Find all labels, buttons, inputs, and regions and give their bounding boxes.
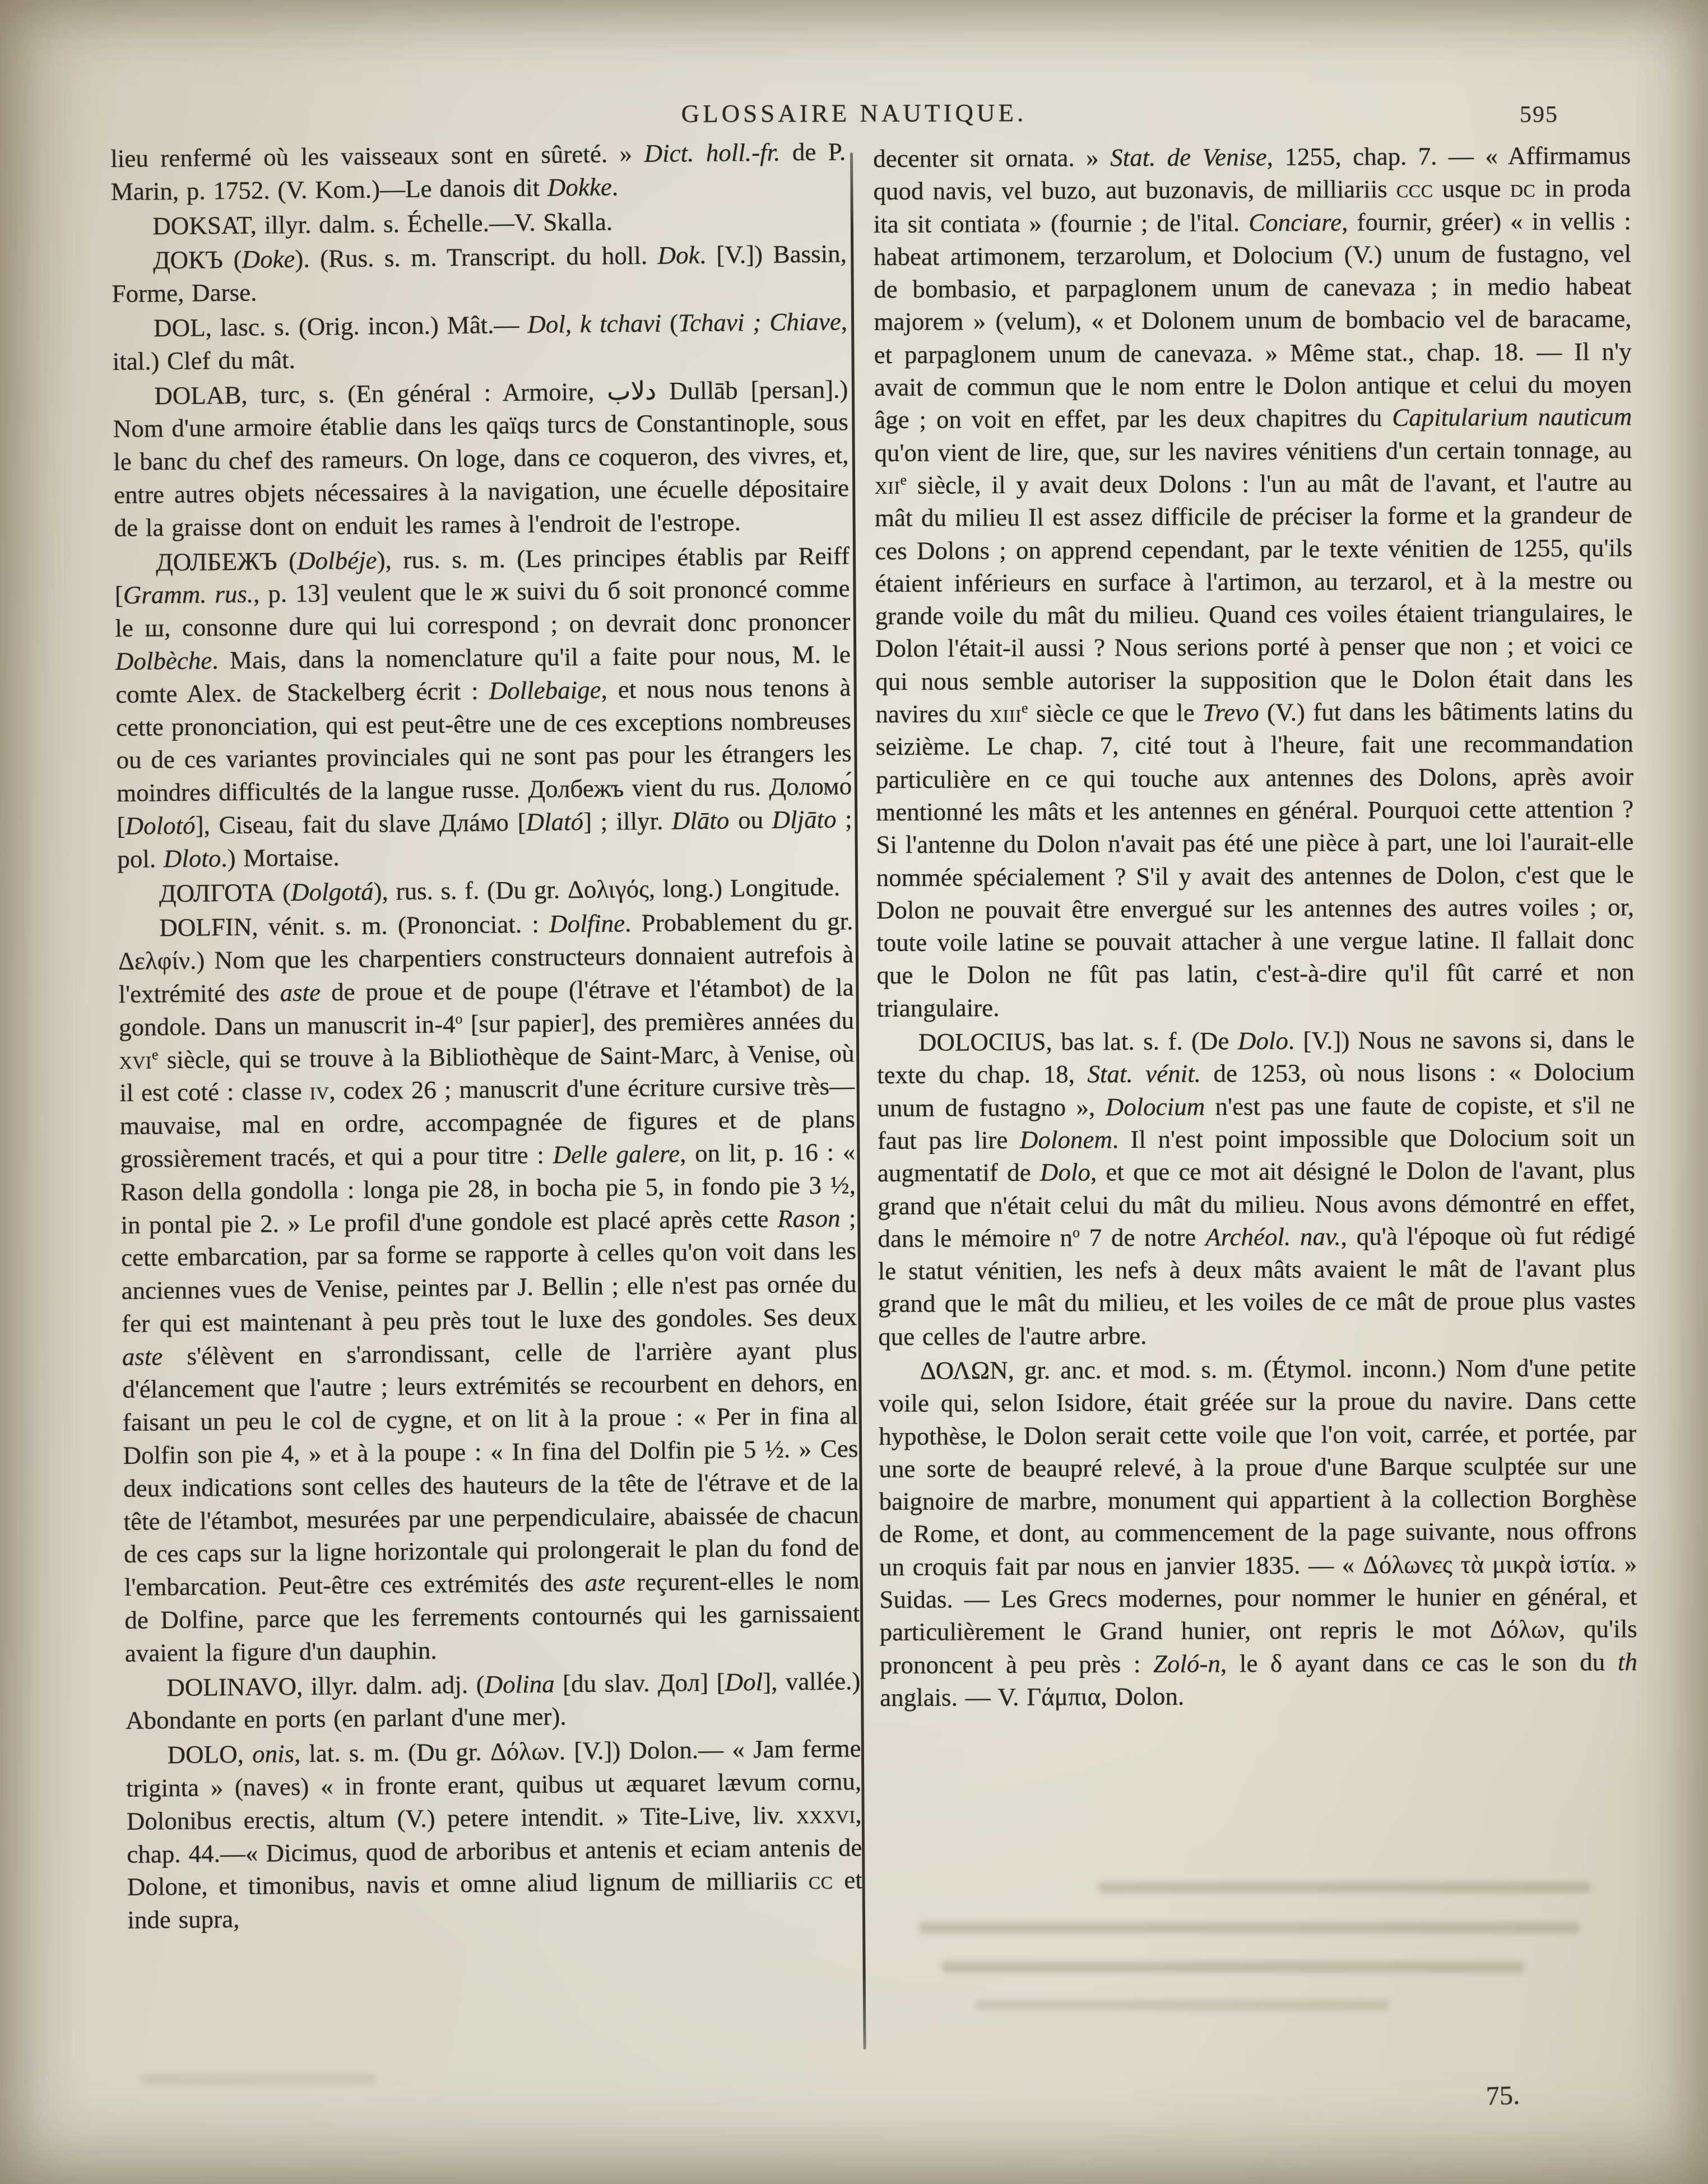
dictionary-paragraph: DOL, lasc. s. (Orig. incon.) Mât.— Dol, … [112, 305, 848, 378]
show-through-smudge [140, 2074, 375, 2085]
dictionary-paragraph: ДОЛГОТА (Dolgotá), rus. s. f. (Du gr. Δο… [118, 870, 853, 910]
show-through-smudge [919, 1922, 1580, 1933]
dictionary-paragraph: DOKSAT, illyr. dalm. s. Échelle.—V. Skal… [111, 203, 847, 243]
dictionary-paragraph: DOLINAVO, illyr. dalm. adj. (Dolina [du … [125, 1664, 861, 1737]
show-through-smudge [1098, 1882, 1591, 1893]
right-column: decenter sit ornata. » Stat. de Venise, … [873, 139, 1637, 1714]
dictionary-paragraph: decenter sit ornata. » Stat. de Venise, … [873, 139, 1635, 1024]
dictionary-paragraph: DOLFIN, vénit. s. m. (Prononciat. : Dolf… [118, 905, 860, 1670]
running-head-title: GLOSSAIRE NAUTIQUE. [0, 96, 1708, 130]
dictionary-paragraph: ДОКЪ (Doke). (Rus. s. m. Transcript. du … [112, 238, 847, 310]
dictionary-paragraph: DOLAB, turc, s. (En général : Armoire, د… [113, 373, 850, 545]
scanned-dictionary-page: GLOSSAIRE NAUTIQUE. 595 lieu renfermé où… [0, 0, 1708, 2184]
dictionary-paragraph: DOLOCIUS, bas lat. s. f. (De Dolo. [V.])… [877, 1023, 1636, 1353]
dictionary-paragraph: DOLO, onis, lat. s. m. (Du gr. Δόλων. [V… [126, 1732, 862, 1937]
dictionary-paragraph: ДОЛБЕЖЪ (Dolbéje), rus. s. m. (Les princ… [114, 539, 853, 876]
show-through-smudge [941, 1962, 1524, 1973]
dictionary-paragraph: ΔΟΛΩΝ, gr. anc. et mod. s. m. (Étymol. i… [878, 1351, 1637, 1714]
left-column: lieu renfermé où les vaisseaux sont en s… [110, 135, 863, 1936]
page-number: 595 [1520, 101, 1558, 128]
dictionary-paragraph: lieu renfermé où les vaisseaux sont en s… [110, 135, 846, 208]
show-through-smudge [975, 2000, 1390, 2011]
signature-mark: 75. [1486, 2080, 1520, 2112]
